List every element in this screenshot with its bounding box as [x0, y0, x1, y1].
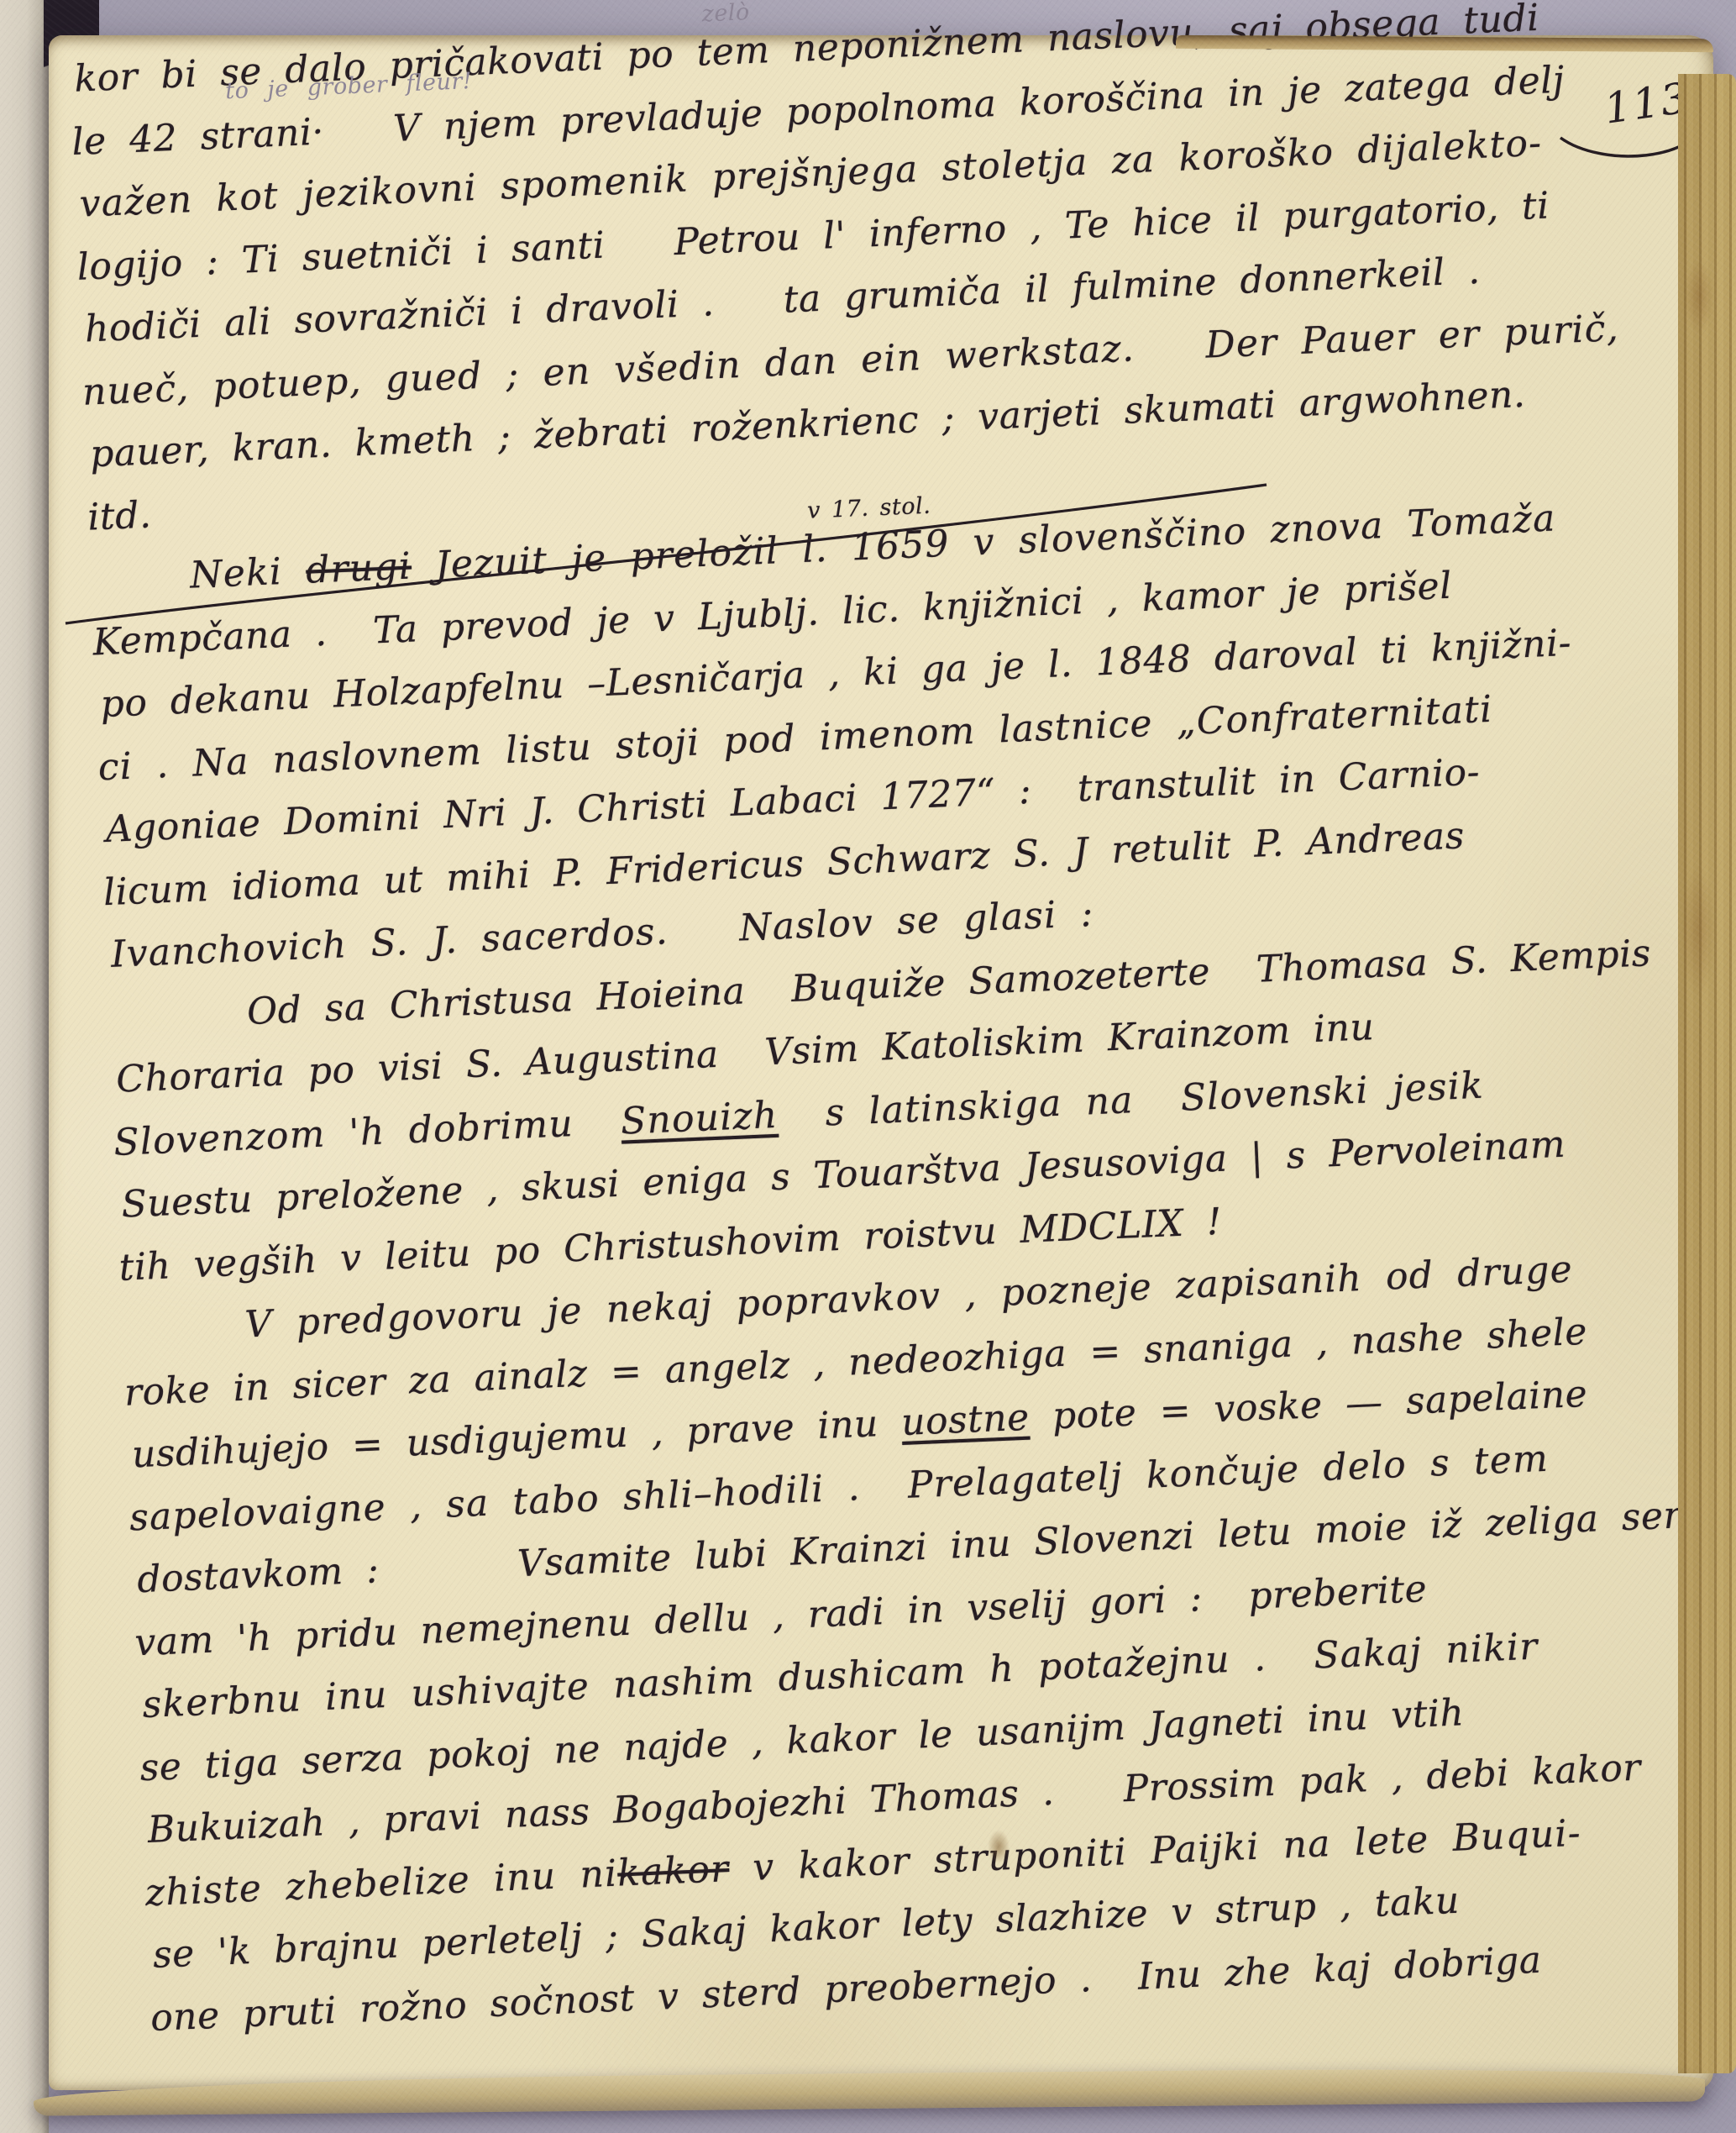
- struck-word-kakor: kakor: [616, 1847, 730, 1895]
- line-text: Neki: [94, 549, 307, 601]
- edge-stain: [1681, 864, 1715, 998]
- line-text: l. 1659: [801, 523, 950, 571]
- ink-insertion-17stol: v 17. stol.: [807, 495, 931, 523]
- ink-blot: [988, 1830, 1010, 1863]
- line-text: Slovenzom 'h dobrimu: [113, 1100, 621, 1164]
- underlined-word-uostne: uostne: [900, 1396, 1030, 1444]
- line-text: itd.: [87, 493, 152, 539]
- pencil-insertion-zelo: zelò: [701, 1, 750, 25]
- book-fore-edge: [1678, 74, 1736, 2073]
- edge-stain: [1685, 259, 1713, 334]
- photograph-of-manuscript: 113 kor bi se dalo pričakovati po zelòte…: [0, 0, 1736, 2133]
- line-text: Jezuit je preložil: [411, 528, 803, 587]
- year-anchor: v 17. stol.l. 1659: [801, 523, 950, 571]
- facing-page-edge: [0, 0, 49, 2133]
- line-text: tem: [696, 29, 771, 75]
- manuscript-page: 113 kor bi se dalo pričakovati po zelòte…: [49, 35, 1713, 2090]
- struck-word-drugi: drugi: [305, 545, 412, 592]
- line-text: zhiste zhebelize inu ni: [144, 1852, 618, 1915]
- handwritten-text-block: kor bi se dalo pričakovati po zelòtem ne…: [68, 0, 1736, 2050]
- underlined-word-snouizh: Snouizh: [620, 1093, 779, 1143]
- word-tem-anchor: zelòtem: [696, 29, 771, 75]
